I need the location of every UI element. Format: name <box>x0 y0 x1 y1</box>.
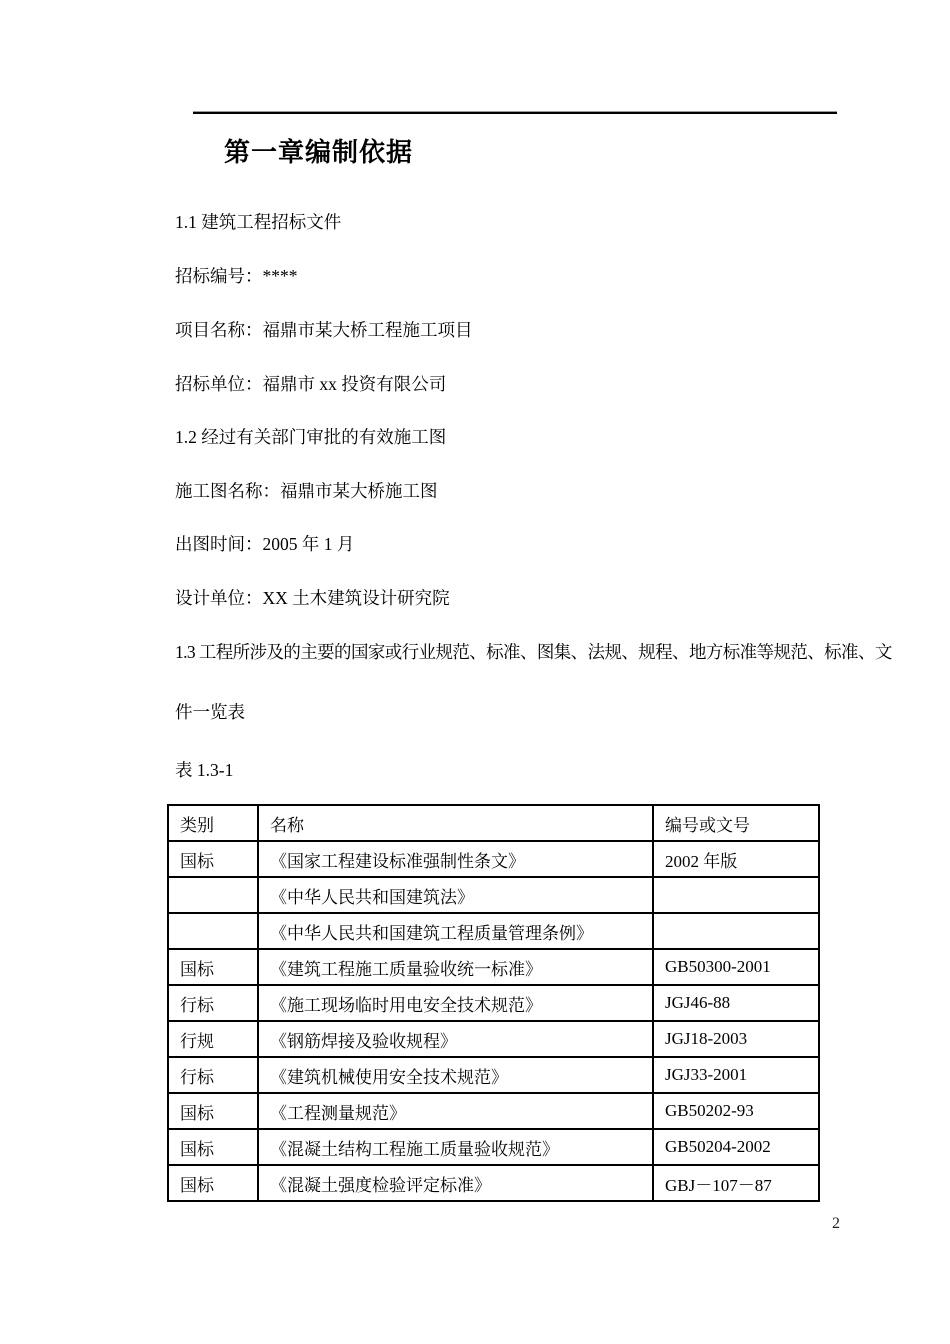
table-row: 国标《国家工程建设标准强制性条文》2002 年版 <box>168 841 819 877</box>
table-header-name: 名称 <box>258 805 653 841</box>
table-row: 国标《建筑工程施工质量验收统一标准》GB50300-2001 <box>168 949 819 985</box>
project-name-line: 项目名称：福鼎市某大桥工程施工项目 <box>175 321 473 340</box>
table-cell: 行标 <box>168 985 258 1021</box>
table-row: 国标《混凝土结构工程施工质量验收规范》GB50204-2002 <box>168 1129 819 1165</box>
table-cell: GB50204-2002 <box>653 1129 819 1165</box>
table-cell: GB50300-2001 <box>653 949 819 985</box>
table-cell: GBJ－107－87 <box>653 1165 819 1201</box>
table-cell: 国标 <box>168 1165 258 1201</box>
table-cell <box>653 877 819 913</box>
table-row: 行规《钢筋焊接及验收规程》JGJ18-2003 <box>168 1021 819 1057</box>
table-cell: 行标 <box>168 1057 258 1093</box>
table-cell: 《钢筋焊接及验收规程》 <box>258 1021 653 1057</box>
table-cell: 国标 <box>168 1129 258 1165</box>
table-cell: 《施工现场临时用电安全技术规范》 <box>258 985 653 1021</box>
section-1-3-heading-line1: 1.3 工程所涉及的主要的国家或行业规范、标准、图集、法规、规程、地方标准等规范… <box>175 643 892 662</box>
page-number: 2 <box>824 1215 848 1233</box>
table-caption: 表 1.3-1 <box>175 761 233 780</box>
chapter-title: 第一章编制依据 <box>224 138 413 168</box>
table-cell: 《中华人民共和国建筑法》 <box>258 877 653 913</box>
standards-table: 类别 名称 编号或文号 国标《国家工程建设标准强制性条文》2002 年版《中华人… <box>167 804 820 1202</box>
table-row: 国标《混凝土强度检验评定标准》GBJ－107－87 <box>168 1165 819 1201</box>
table-row: 《中华人民共和国建筑工程质量管理条例》 <box>168 913 819 949</box>
table-cell: 国标 <box>168 841 258 877</box>
table-cell <box>168 877 258 913</box>
table-cell: 国标 <box>168 949 258 985</box>
table-row: 行标《施工现场临时用电安全技术规范》JGJ46-88 <box>168 985 819 1021</box>
table-cell: 《建筑机械使用安全技术规范》 <box>258 1057 653 1093</box>
header-rule <box>193 111 837 114</box>
table-cell: 《建筑工程施工质量验收统一标准》 <box>258 949 653 985</box>
drawing-name-line: 施工图名称：福鼎市某大桥施工图 <box>175 482 438 501</box>
section-1-3-heading-line2: 件一览表 <box>175 703 245 722</box>
table-cell <box>653 913 819 949</box>
table-cell: 国标 <box>168 1093 258 1129</box>
section-1-2-heading: 1.2 经过有关部门审批的有效施工图 <box>175 428 446 447</box>
table-cell: 2002 年版 <box>653 841 819 877</box>
standards-table-body: 国标《国家工程建设标准强制性条文》2002 年版《中华人民共和国建筑法》《中华人… <box>168 841 819 1201</box>
table-header-number: 编号或文号 <box>653 805 819 841</box>
table-cell: JGJ33-2001 <box>653 1057 819 1093</box>
design-unit-line: 设计单位：XX 土木建筑设计研究院 <box>175 589 450 608</box>
table-row: 国标《工程测量规范》GB50202-93 <box>168 1093 819 1129</box>
table-header-category: 类别 <box>168 805 258 841</box>
table-cell: GB50202-93 <box>653 1093 819 1129</box>
table-cell: 行规 <box>168 1021 258 1057</box>
table-row: 《中华人民共和国建筑法》 <box>168 877 819 913</box>
table-header-row: 类别 名称 编号或文号 <box>168 805 819 841</box>
table-cell: JGJ46-88 <box>653 985 819 1021</box>
table-row: 行标《建筑机械使用安全技术规范》JGJ33-2001 <box>168 1057 819 1093</box>
tender-unit-line: 招标单位：福鼎市 xx 投资有限公司 <box>175 375 446 394</box>
table-cell: JGJ18-2003 <box>653 1021 819 1057</box>
section-1-1-heading: 1.1 建筑工程招标文件 <box>175 213 341 232</box>
tender-number-line: 招标编号：**** <box>175 267 298 286</box>
table-cell: 《混凝土结构工程施工质量验收规范》 <box>258 1129 653 1165</box>
table-cell: 《工程测量规范》 <box>258 1093 653 1129</box>
table-cell: 《国家工程建设标准强制性条文》 <box>258 841 653 877</box>
table-cell <box>168 913 258 949</box>
table-cell: 《混凝土强度检验评定标准》 <box>258 1165 653 1201</box>
drawing-date-line: 出图时间：2005 年 1 月 <box>175 535 354 554</box>
document-page: 第一章编制依据 1.1 建筑工程招标文件 招标编号：**** 项目名称：福鼎市某… <box>0 0 950 1344</box>
table-cell: 《中华人民共和国建筑工程质量管理条例》 <box>258 913 653 949</box>
